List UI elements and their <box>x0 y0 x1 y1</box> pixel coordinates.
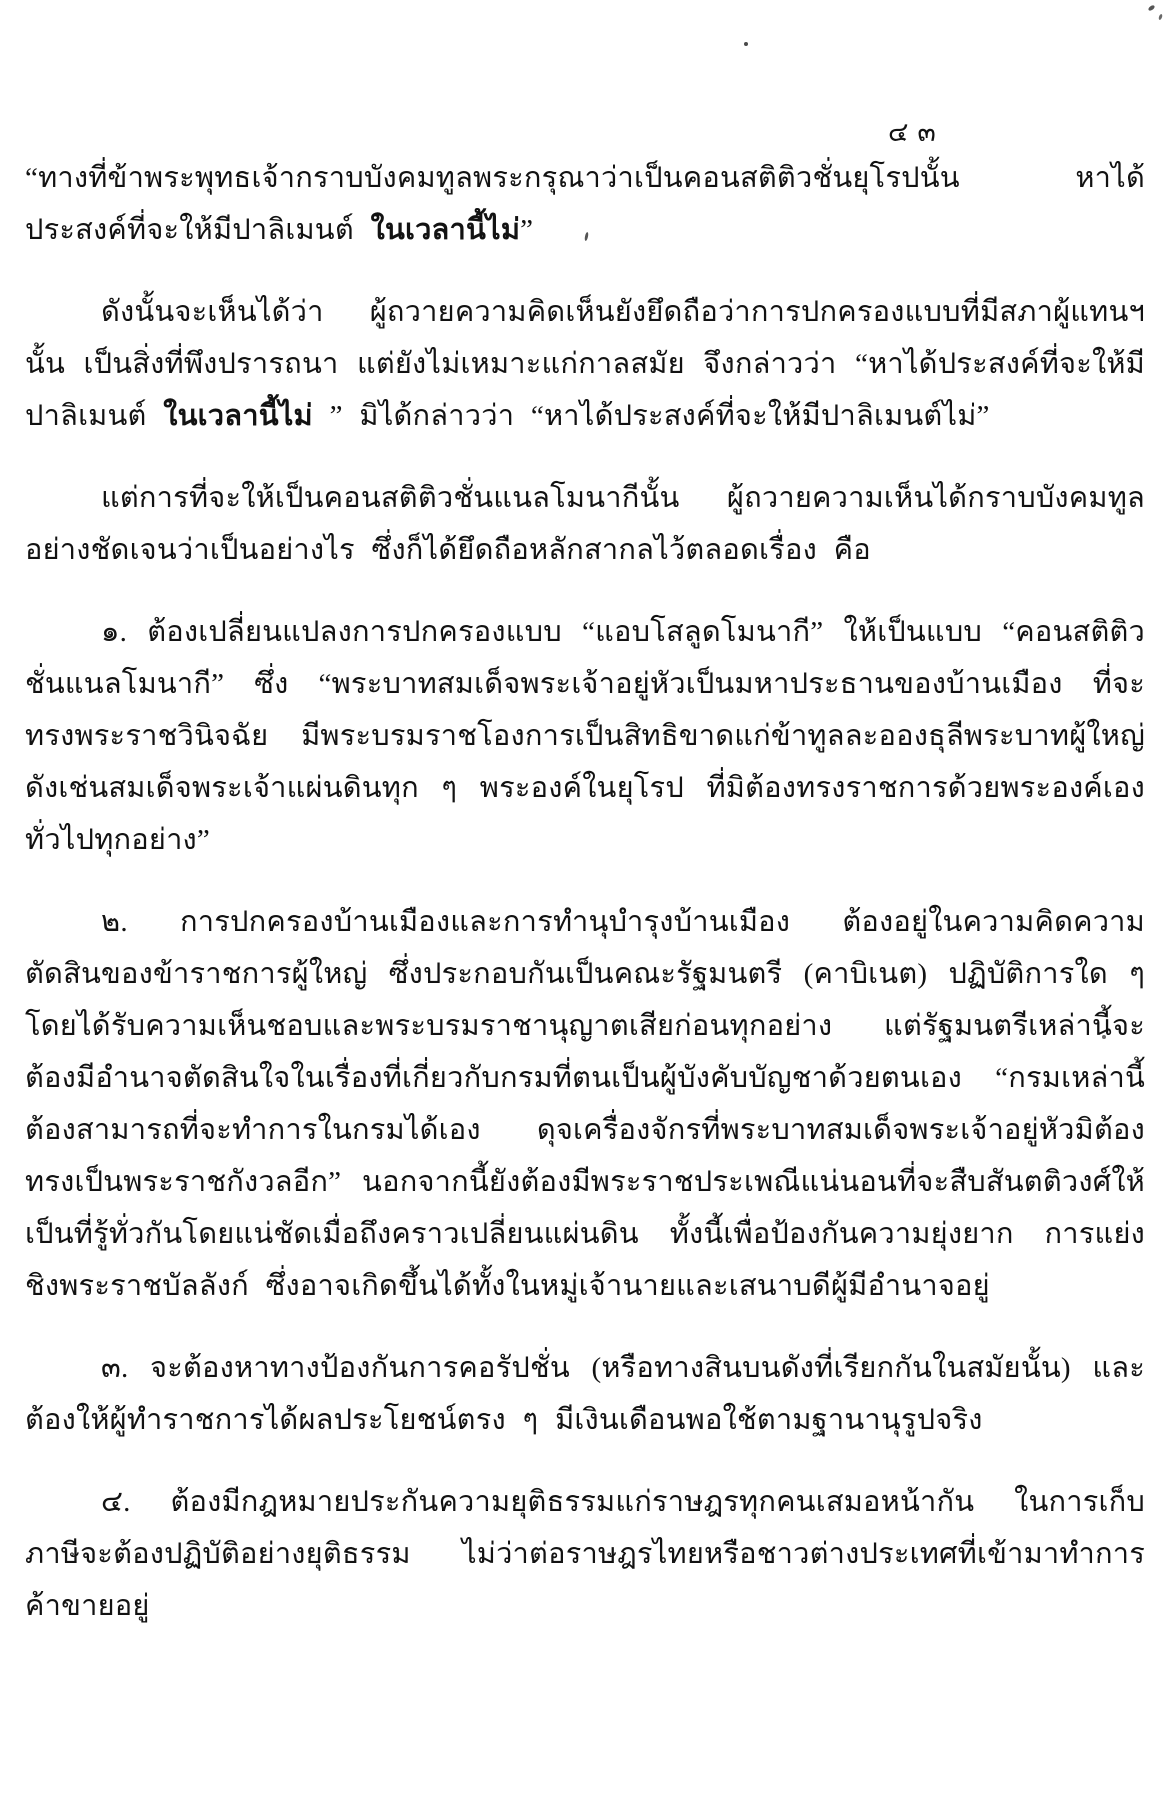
text-segment: ๓. จะต้องหาทางป้องกันการคอรัปชั่น (หรือท… <box>25 1352 1145 1436</box>
text-segment: ” มิได้กล่าวว่า “หาได้ประสงค์ที่จะให้มีป… <box>313 400 990 432</box>
document-page: ๔๓ “ทางที่ข้าพระพุทธเจ้ากราบบังคมทูลพระก… <box>0 0 1167 1800</box>
text-segment: แต่การที่จะให้เป็นคอนสติติวชั่นแนลโมนากี… <box>25 482 1145 566</box>
page-number: ๔๓ <box>888 110 945 153</box>
paragraph: “ทางที่ข้าพระพุทธเจ้ากราบบังคมทูลพระกรุณ… <box>25 152 1145 256</box>
text-segment: “ทางที่ข้าพระพุทธเจ้ากราบบังคมทูลพระกรุณ… <box>25 162 1145 246</box>
text-segment: ๒. การปกครองบ้านเมืองและการทำนุบำรุงบ้าน… <box>25 906 1145 1302</box>
text-segment: ๑. ต้องเปลี่ยนแปลงการปกครองแบบ “แอบโสลูด… <box>25 616 1145 856</box>
page-content: “ทางที่ข้าพระพุทธเจ้ากราบบังคมทูลพระกรุณ… <box>25 152 1145 1662</box>
paragraph: ๔. ต้องมีกฎหมายประกันความยุติธรรมแก่ราษฎ… <box>25 1476 1145 1632</box>
text-segment: ๔. ต้องมีกฎหมายประกันความยุติธรรมแก่ราษฎ… <box>25 1486 1145 1622</box>
emphasis-text: ในเวลานี้ไม่ <box>371 214 521 246</box>
emphasis-text: ในเวลานี้ไม่ <box>163 400 313 432</box>
paragraph: ๑. ต้องเปลี่ยนแปลงการปกครองแบบ “แอบโสลูด… <box>25 606 1145 866</box>
text-segment: ” <box>520 214 533 246</box>
paragraph: ๓. จะต้องหาทางป้องกันการคอรัปชั่น (หรือท… <box>25 1342 1145 1446</box>
paragraph: แต่การที่จะให้เป็นคอนสติติวชั่นแนลโมนากี… <box>25 472 1145 576</box>
paragraph: ๒. การปกครองบ้านเมืองและการทำนุบำรุงบ้าน… <box>25 896 1145 1312</box>
scan-speck <box>1158 14 1163 21</box>
scan-speck <box>744 42 748 46</box>
scan-speck <box>1147 4 1155 11</box>
paragraph: ดังนั้นจะเห็นได้ว่า ผู้ถวายความคิดเห็นยั… <box>25 286 1145 442</box>
